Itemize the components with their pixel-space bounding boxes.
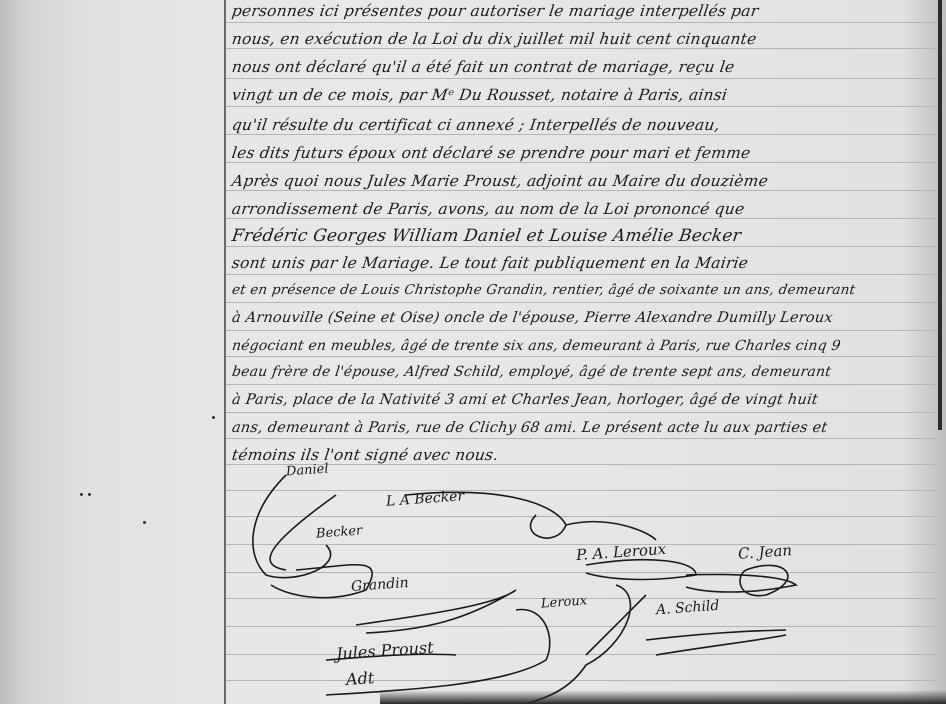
right-page-edge bbox=[938, 0, 942, 430]
text-line: nous, en exécution de la Loi du dix juil… bbox=[231, 30, 758, 48]
register-page: personnes ici présentes pour autoriser l… bbox=[0, 0, 946, 704]
text-line: personnes ici présentes pour autoriser l… bbox=[231, 2, 760, 20]
ink-speck bbox=[212, 416, 215, 419]
left-margin-blank bbox=[0, 0, 225, 704]
text-line: arrondissement de Paris, avons, au nom d… bbox=[231, 200, 746, 218]
text-line: sont unis par le Mariage. Le tout fait p… bbox=[231, 254, 750, 272]
text-line: à Paris, place de la Nativité 3 ami et C… bbox=[231, 392, 819, 408]
signature-leroux: Leroux bbox=[541, 593, 588, 611]
signature-daniel: Daniel bbox=[286, 462, 330, 480]
text-line: et en présence de Louis Christophe Grand… bbox=[231, 282, 856, 298]
page-bottom-shadow bbox=[380, 690, 946, 704]
text-line: vingt un de ce mois, par Mᵉ Du Rousset, … bbox=[231, 86, 729, 104]
signature-c-jean: C. Jean bbox=[737, 541, 792, 563]
text-line: les dits futurs époux ont déclaré se pre… bbox=[231, 144, 752, 162]
signature-becker: Becker bbox=[316, 523, 363, 541]
signature-flourishes bbox=[226, 455, 938, 704]
ink-speck bbox=[80, 493, 83, 496]
text-line: ans, demeurant à Paris, rue de Clichy 68… bbox=[231, 420, 829, 436]
ink-speck bbox=[143, 521, 146, 524]
text-line: Après quoi nous Jules Marie Proust, adjo… bbox=[231, 172, 770, 190]
ink-speck bbox=[88, 493, 91, 496]
signature-adjoint: Adt bbox=[345, 668, 374, 689]
spouses-names-line: Frédéric Georges William Daniel et Louis… bbox=[231, 226, 743, 246]
text-line: beau frère de l'épouse, Alfred Schild, e… bbox=[231, 364, 832, 380]
text-line: à Arnouville (Seine et Oise) oncle de l'… bbox=[231, 310, 834, 326]
text-line: négociant en meubles, âgé de trente six … bbox=[231, 338, 842, 354]
signatures-area: Daniel L A Becker Becker P. A. Leroux C.… bbox=[226, 455, 938, 704]
text-line: qu'il résulte du certificat ci annexé ; … bbox=[231, 116, 721, 134]
text-line: nous ont déclaré qu'il a été fait un con… bbox=[231, 58, 736, 76]
